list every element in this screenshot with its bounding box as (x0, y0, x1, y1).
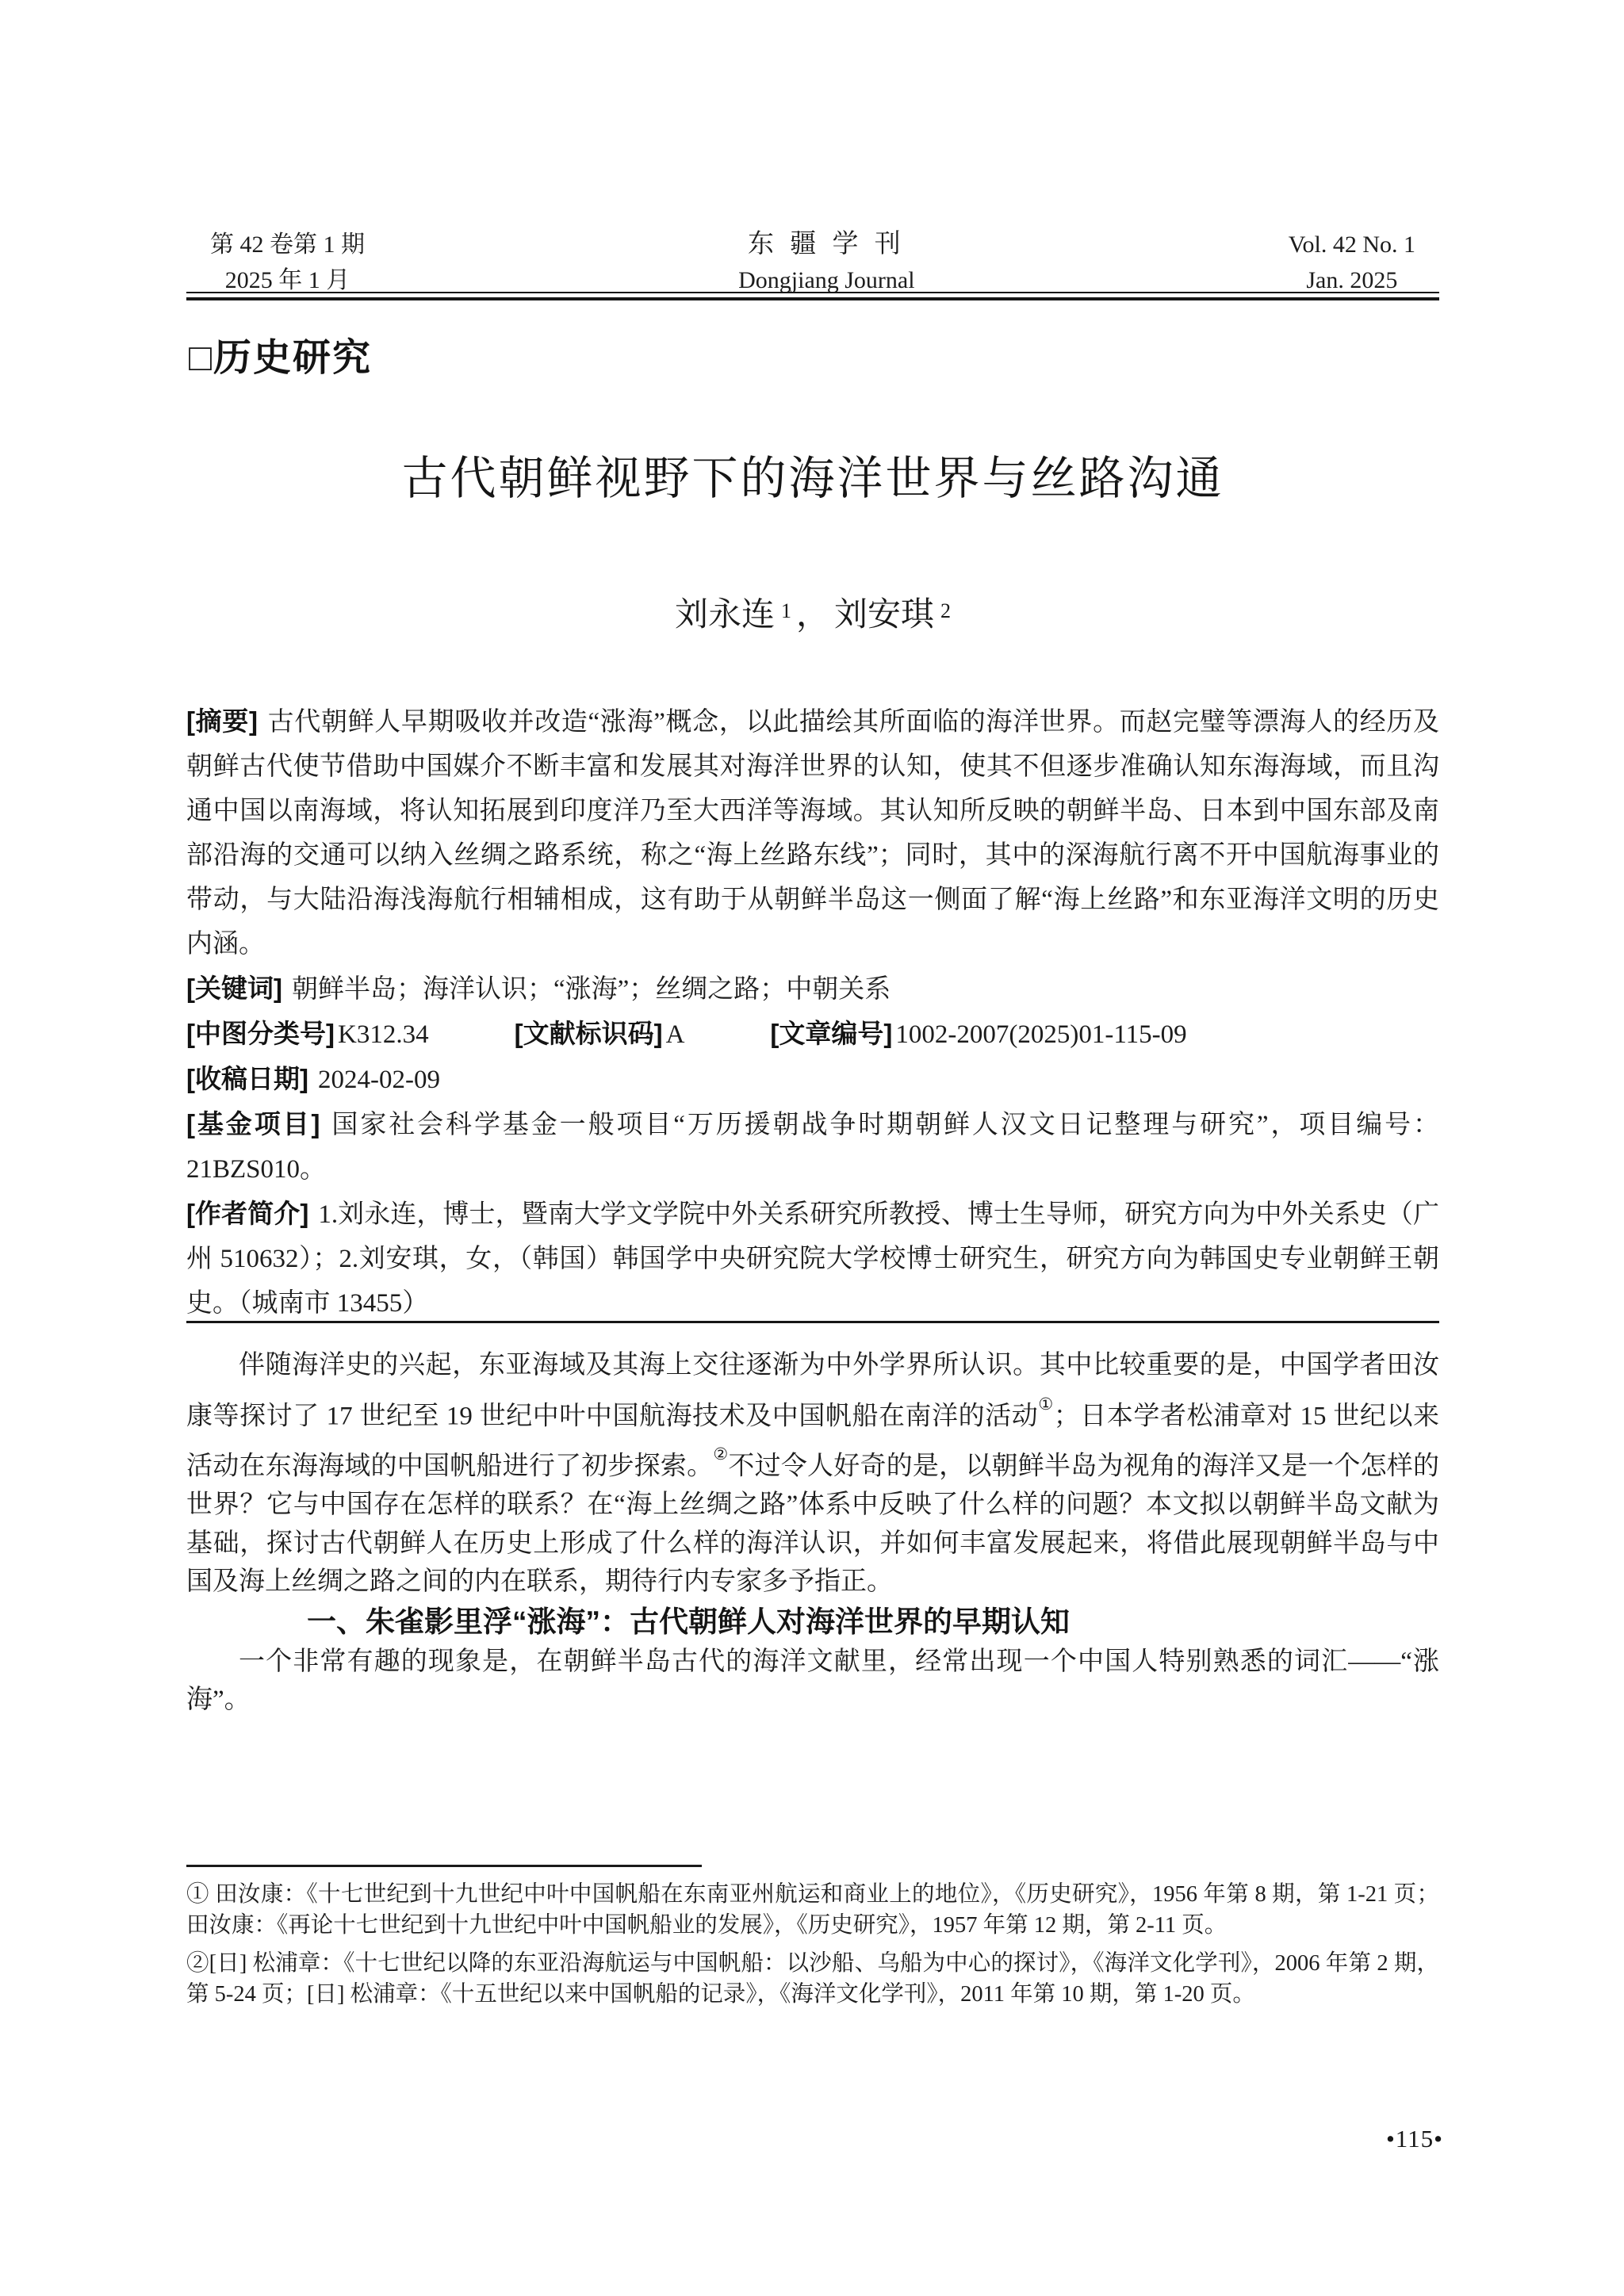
doc-code-group: [文献标识码]A (515, 1012, 685, 1057)
article-title: 古代朝鲜视野下的海洋世界与丝路沟通 (186, 441, 1439, 507)
page-number: •115• (1386, 2125, 1443, 2153)
author-1-superscript: 1 (781, 599, 791, 622)
article-no-value: 1002-2007(2025)01-115-09 (895, 1020, 1186, 1049)
footnote-separator-rule (186, 1865, 702, 1867)
abstract-block: [摘要]古代朝鲜人早期吸收并改造“涨海”概念，以此描绘其所面临的海洋世界。而赵完… (186, 699, 1439, 966)
bio-row: [作者简介]1.刘永连，博士，暨南大学文学院中外关系研究所教授、博士生导师，研究… (186, 1192, 1439, 1326)
section-1-heading: 一、朱雀影里浮“涨海”：古代朝鲜人对海洋世界的早期认知 (186, 1601, 1439, 1643)
author-2-superscript: 2 (940, 599, 951, 622)
author-2-name: 刘安琪 (834, 597, 934, 633)
footnote-ref-1: ① (1038, 1395, 1053, 1414)
authors-separator: ， (796, 597, 829, 633)
journal-name-cn: 东 疆 学 刊 (738, 227, 914, 262)
clc-value: K312.34 (338, 1020, 429, 1049)
bio-text: 1.刘永连，博士，暨南大学文学院中外关系研究所教授、博士生导师，研究方向为中外关… (186, 1200, 1439, 1318)
front-matter: [摘要]古代朝鲜人早期吸收并改造“涨海”概念，以此描绘其所面临的海洋世界。而赵完… (186, 699, 1439, 1326)
keywords-label: [关键词] (186, 974, 282, 1003)
author-1-name: 刘永连 (675, 597, 775, 633)
body-paragraph-1: 伴随海洋史的兴起，东亚海域及其海上交往逐渐为中外学界所认识。其中比较重要的是，中… (186, 1346, 1439, 1601)
clc-group: [中图分类号]K312.34 (186, 1012, 429, 1057)
received-label: [收稿日期] (186, 1064, 308, 1093)
abstract-text: 古代朝鲜人早期吸收并改造“涨海”概念，以此描绘其所面临的海洋世界。而赵完璧等漂海… (186, 708, 1439, 959)
issue-cn-line1: 第 42 卷第 1 期 (210, 227, 365, 262)
footnote-item-1: ① 田汝康：《十七世纪到十九世纪中叶中国帆船在东南亚州航运和商业上的地位》，《历… (186, 1880, 1439, 1941)
issue-info-cn: 第 42 卷第 1 期 2025 年 1 月 (210, 227, 365, 298)
article-no-label: [文章编号] (770, 1019, 892, 1048)
footnote-area: ① 田汝康：《十七世纪到十九世纪中叶中国帆船在东南亚州航运和商业上的地位》，《历… (186, 1865, 1439, 2018)
clc-label: [中图分类号] (186, 1019, 335, 1048)
received-value: 2024-02-09 (318, 1066, 440, 1094)
abstract-label: [摘要] (186, 706, 258, 736)
doc-code-label: [文献标识码] (515, 1019, 663, 1048)
column-label: □历史研究 (189, 327, 372, 381)
authors-line: 刘永连1，刘安琪2 (186, 588, 1439, 636)
article-body: 伴随海洋史的兴起，东亚海域及其海上交往逐渐为中外学界所认识。其中比较重要的是，中… (186, 1346, 1439, 1720)
issue-info-en: Vol. 42 No. 1 Jan. 2025 (1289, 227, 1415, 298)
fund-row: [基金项目]国家社会科学基金一般项目“万历援朝战争时期朝鲜人汉文日记整理与研究”… (186, 1102, 1439, 1192)
article-no-group: [文章编号]1002-2007(2025)01-115-09 (770, 1012, 1186, 1057)
header-double-rule (186, 292, 1439, 300)
doc-code-value: A (666, 1020, 685, 1049)
issue-en-line1: Vol. 42 No. 1 (1289, 227, 1415, 262)
front-matter-divider (186, 1321, 1439, 1323)
journal-header: 第 42 卷第 1 期 2025 年 1 月 东 疆 学 刊 Dongjiang… (186, 227, 1439, 298)
fund-label: [基金项目] (186, 1109, 320, 1138)
footnote-ref-2: ② (713, 1445, 728, 1464)
keywords-row: [关键词]朝鲜半岛；海洋认识；“涨海”；丝绸之路；中朝关系 (186, 966, 1439, 1012)
bio-label: [作者简介] (186, 1199, 308, 1228)
journal-name: 东 疆 学 刊 Dongjiang Journal (738, 227, 914, 298)
body-paragraph-2: 一个非常有趣的现象是，在朝鲜半岛古代的海洋文献里，经常出现一个中国人特别熟悉的词… (186, 1643, 1439, 1720)
fund-text: 国家社会科学基金一般项目“万历援朝战争时期朝鲜人汉文日记整理与研究”，项目编号：… (186, 1111, 1439, 1184)
keywords-text: 朝鲜半岛；海洋认识；“涨海”；丝绸之路；中朝关系 (292, 975, 891, 1004)
footnote-item-2: ②[日] 松浦章：《十七世纪以降的东亚沿海航运与中国帆船：以沙船、乌船为中心的探… (186, 1949, 1439, 2010)
classification-row: [中图分类号]K312.34[文献标识码]A[文章编号]1002-2007(20… (186, 1012, 1439, 1057)
received-row: [收稿日期]2024-02-09 (186, 1057, 1439, 1102)
journal-page: 第 42 卷第 1 期 2025 年 1 月 东 疆 学 刊 Dongjiang… (0, 0, 1624, 2296)
